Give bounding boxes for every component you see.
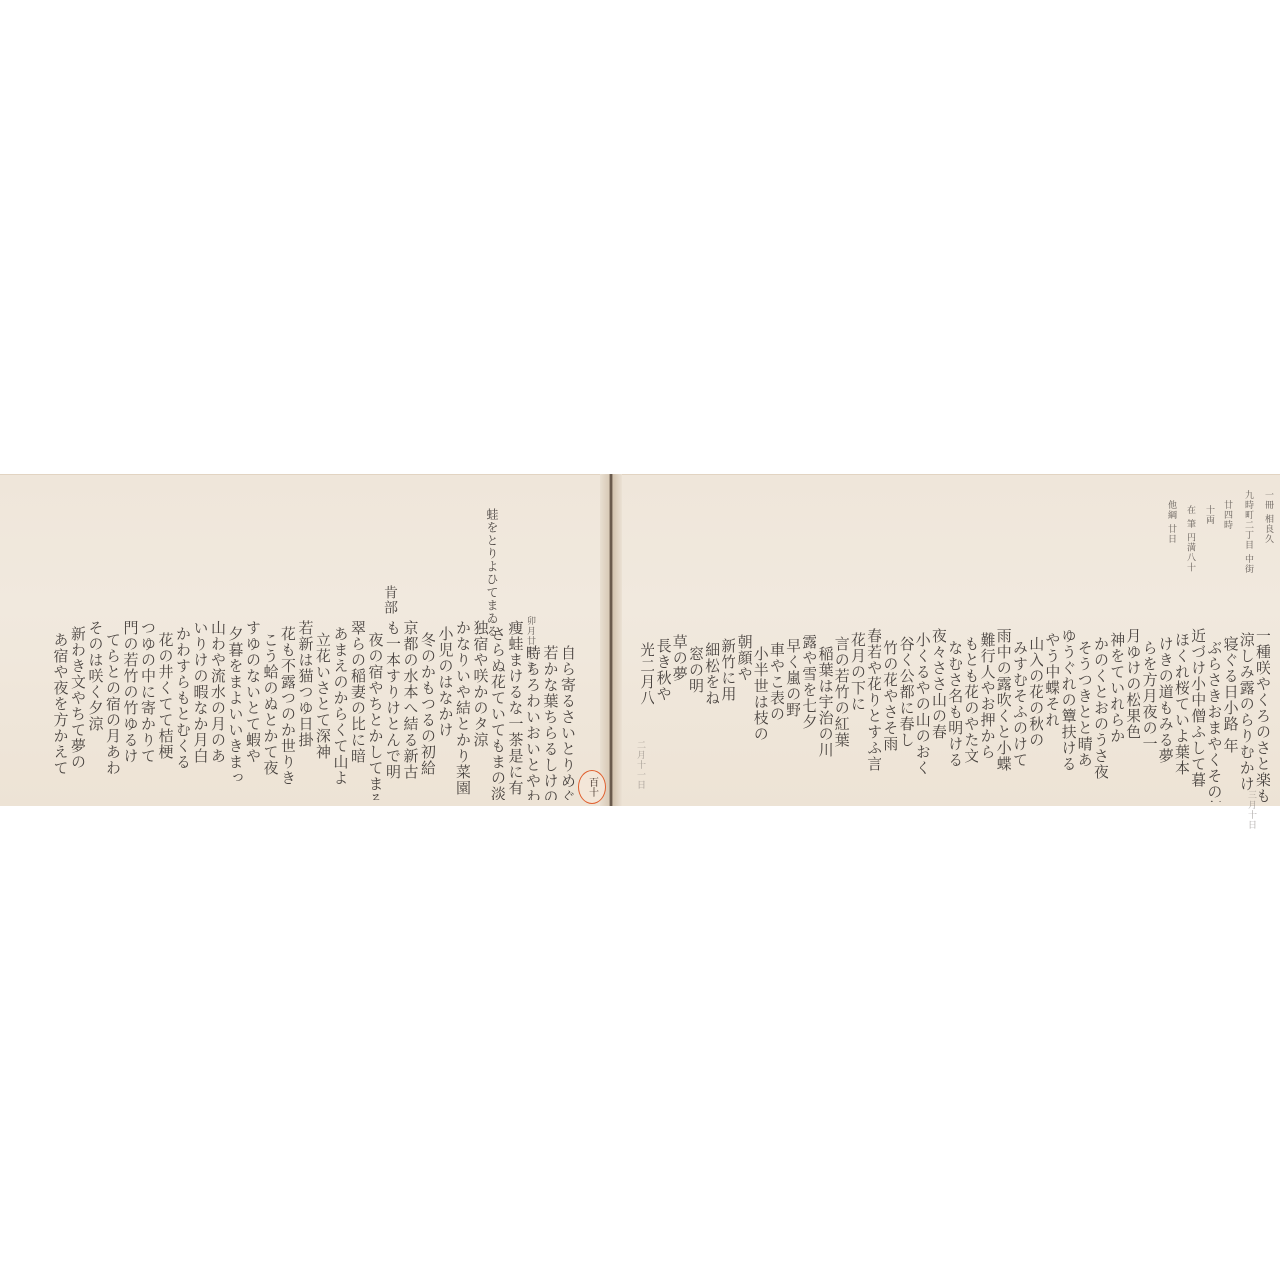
- text-column: ほくれ桜ていよ葉本: [1174, 632, 1189, 776]
- text-column: 神をていれらか: [1109, 632, 1124, 744]
- text-column: 春若や花りとすふ言: [866, 628, 881, 772]
- text-column: 山入の花の秋の: [1028, 636, 1043, 748]
- header-note-6: 他綱 廿日: [1166, 500, 1175, 544]
- text-column: あ宿や夜を方かえて: [53, 632, 68, 776]
- text-column: 車やこ表の: [769, 642, 784, 722]
- text-column: 独宿や咲かのタ涼: [473, 620, 488, 748]
- text-column: こう蛤のぬとかて夜: [263, 632, 278, 776]
- text-column: 細松をね: [704, 642, 719, 706]
- text-column: 露や雪を七夕: [801, 634, 816, 730]
- header-note-2: 九時町二丁目 中街: [1243, 490, 1252, 574]
- text-column: てらとの宿の月あわ: [105, 632, 120, 776]
- text-column: かのくとおのうさ夜: [1093, 636, 1108, 780]
- text-column: 月ゆけの松果色: [1125, 628, 1140, 740]
- left-page-heading: 肯部: [383, 585, 397, 615]
- text-column: 小児のはなかけ: [438, 626, 453, 738]
- text-column: 夜々ささ山の春: [931, 628, 946, 740]
- text-column: かなりいや結とかり菜園: [455, 620, 470, 796]
- text-column: いりけの暇なか月白: [193, 620, 208, 764]
- text-column: 翠らの稲妻の比に暗: [350, 620, 365, 764]
- header-note-1: 一冊 相良久: [1263, 490, 1272, 544]
- header-note-3: 廿四時: [1222, 500, 1231, 530]
- text-column: ぶらさきおまやくその行: [1206, 640, 1221, 802]
- text-column: 光二月八: [639, 642, 654, 706]
- text-column: 小くるやの山のおく: [915, 632, 930, 776]
- text-column: 長き秋や: [656, 638, 671, 702]
- text-column: 京都の水本へ結る新古: [403, 620, 418, 780]
- text-column: 時ちろわいおいとやわ花: [525, 645, 540, 800]
- text-column: ゆうぐれの簟扶ける: [1061, 628, 1076, 772]
- book-gutter: [600, 474, 622, 806]
- text-column: 花も不露つのか世りき: [280, 626, 295, 786]
- text-column: そうつきとと晴あ: [1077, 640, 1092, 768]
- text-column: 夕暮をまよいいきまっ: [228, 626, 243, 786]
- text-column: 朝顔や: [737, 634, 752, 682]
- left-page-title-column: 蛙をとりよひてまゐる: [486, 508, 498, 638]
- text-column: 新わき文やちて夢の: [70, 626, 85, 770]
- text-column: 痩蛙まけるな一茶是に有: [508, 620, 523, 796]
- text-column: 草の夢: [672, 634, 687, 682]
- text-column: そのは咲く夕涼: [88, 620, 103, 732]
- text-column: 夜の宿やちとかしてまる: [368, 632, 383, 800]
- text-column: 新竹に用: [720, 638, 735, 702]
- text-column: なむさ名も明ける: [947, 640, 962, 768]
- text-column: らを方月夜の一: [1142, 640, 1157, 752]
- header-note-4: 十両: [1204, 505, 1213, 525]
- text-column: さらぬ花ていてもまの淡: [490, 626, 505, 800]
- text-column: 自ら寄るさいとりめぐり咲: [560, 645, 575, 800]
- text-column: 若かな葉ちらるしけの: [543, 645, 558, 800]
- text-column: 谷く公都に春し: [899, 636, 914, 748]
- text-column: あまえのからくて山よ: [333, 626, 348, 786]
- text-column: すゆのないとて蝦や: [245, 620, 260, 764]
- text-column: つゆの中に寄かりて: [140, 620, 155, 764]
- date-note: 三月十日: [1246, 790, 1255, 830]
- text-column: 涼しみ露のらりむかけ: [1239, 632, 1254, 792]
- text-column: 一種咲やくろのさと楽も一: [1255, 628, 1270, 802]
- text-column: 花の井くてて桔梗: [158, 632, 173, 760]
- text-column: 立花いさとて深神: [315, 632, 330, 760]
- text-column: みすむそふのけて: [1012, 640, 1027, 768]
- text-column: 門の若竹の竹ゆるけ: [123, 620, 138, 764]
- seal-stamp: 百十: [578, 770, 606, 804]
- text-column: けきの道もみる夢: [1158, 636, 1173, 764]
- text-column: 窓の明: [688, 646, 703, 694]
- text-column: 若新は猫つゆ日掛: [298, 620, 313, 748]
- date-note: 二月十一日: [635, 740, 644, 790]
- text-column: 雨中の露吹くと小蝶: [996, 628, 1011, 772]
- text-column: 稲葉は宇治の川: [818, 646, 833, 758]
- text-column: 竹の花やさそ雨: [882, 640, 897, 752]
- header-note-5: 在 筆 円満八十: [1185, 505, 1194, 573]
- text-column: 冬のかもつるの初給: [420, 632, 435, 776]
- text-column: 言の若竹の紅葉: [834, 636, 849, 748]
- text-column: 小半世は枝の: [753, 646, 768, 742]
- text-column: 山わや流水の月のあ: [210, 620, 225, 764]
- text-column: 難行人やお押から: [980, 632, 995, 760]
- text-column: も一本すりけとんで明: [385, 620, 400, 780]
- text-column: やう中蝶それ: [1044, 632, 1059, 728]
- text-column: 近づけ小中僧ふして暮: [1190, 628, 1205, 788]
- text-column: 花月の下に: [850, 632, 865, 712]
- text-column: もとも花のやた文: [963, 636, 978, 764]
- text-column: 早く嵐の野: [785, 638, 800, 718]
- text-column: かわすらもとむくる: [175, 626, 190, 770]
- text-column: 寝ぐる日小路 年: [1223, 636, 1238, 754]
